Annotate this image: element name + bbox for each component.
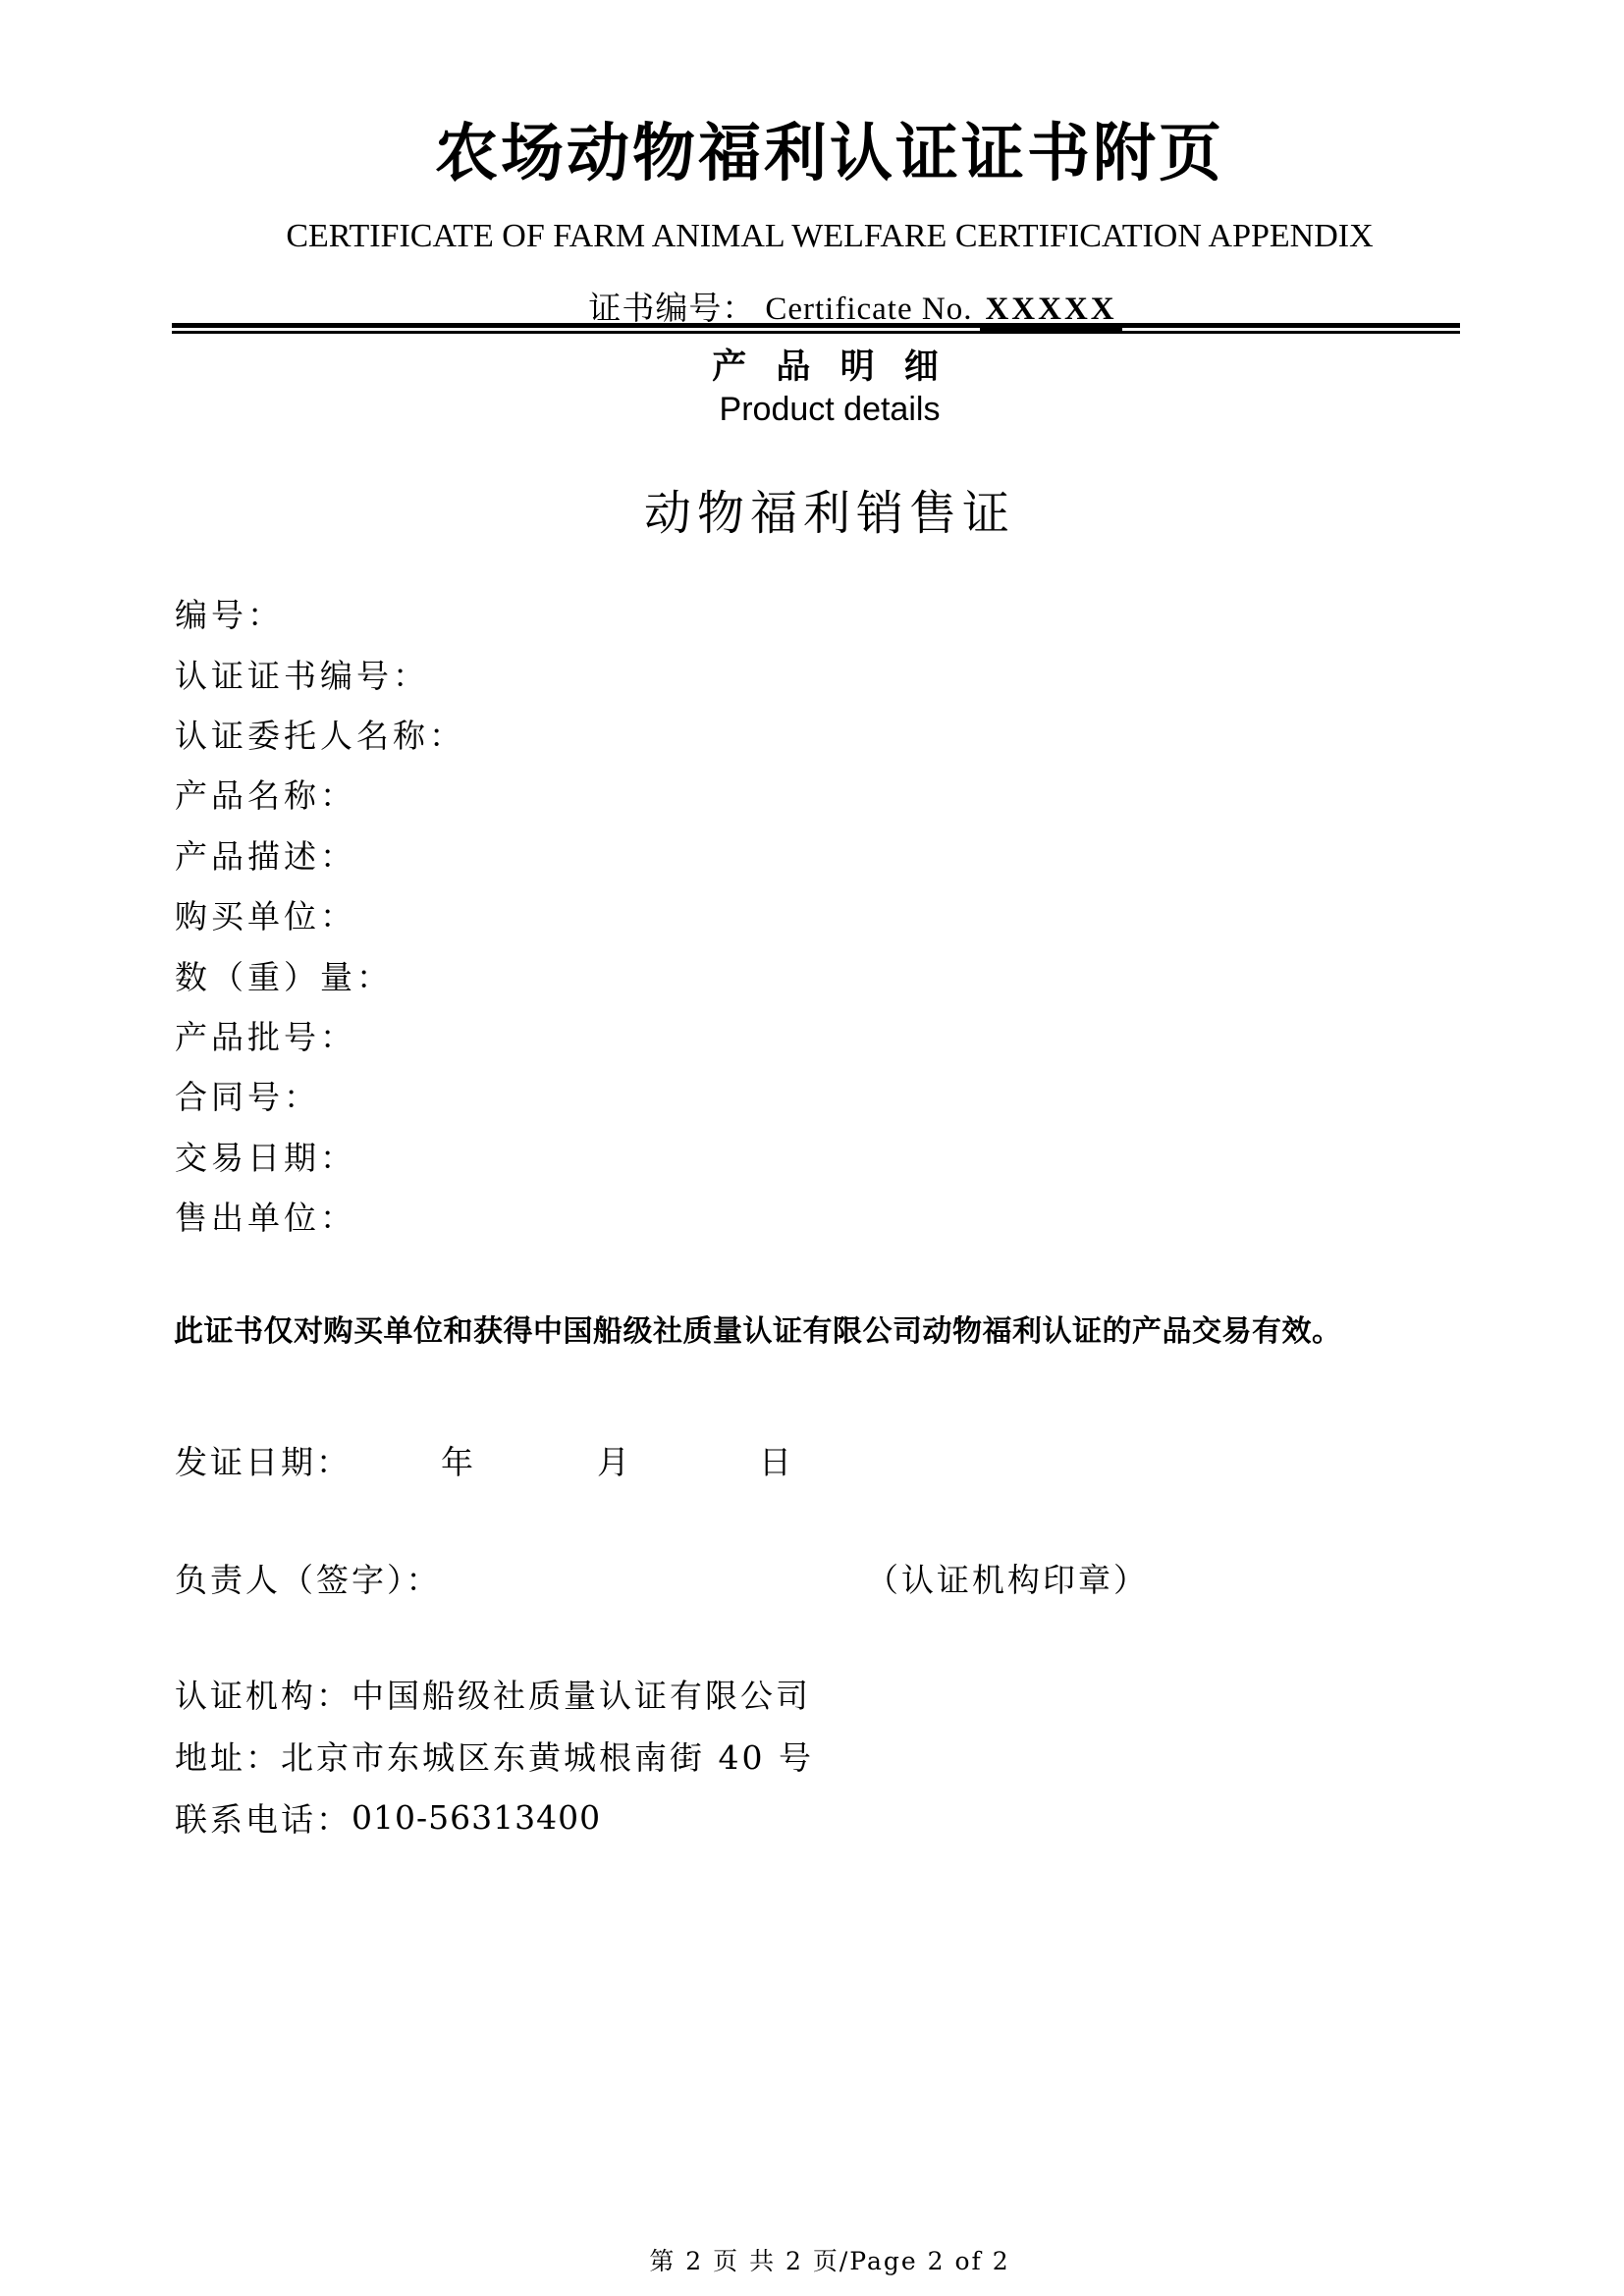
certificate-appendix-page: 农场动物福利认证证书附页 CERTIFICATE OF FARM ANIMAL … [0,0,1624,2296]
field-certification-certificate-number: 认证证书编号： [175,643,465,703]
field-buyer-unit: 购买单位： [175,884,465,944]
page-title-chinese: 农场动物福利认证证书附页 [172,118,1488,190]
phone-label: 联系电话： [175,1794,352,1841]
certification-body-line: 认证机构：中国船级社质量认证有限公司 [175,1663,814,1725]
field-product-batch-number: 产品批号： [175,1005,465,1065]
section-heading-english: Product details [172,391,1488,429]
field-quantity-weight: 数（重）量： [175,944,465,1004]
page-title-english: CERTIFICATE OF FARM ANIMAL WELFARE CERTI… [172,218,1488,255]
page-number-footer: 第 2 页 共 2 页/Page 2 of 2 [172,2242,1488,2277]
address-line: 地址：北京市东城区东黄城根南街 40 号 [175,1725,814,1787]
address-label: 地址： [175,1733,281,1779]
field-contract-number: 合同号： [175,1065,465,1125]
section-heading-chinese: 产 品 明 细 [172,340,1488,389]
field-trade-date: 交易日期： [175,1126,465,1186]
responsible-person-signature-label: 负责人（签字）： [175,1555,442,1601]
field-quantity-weight-label: 数（重）量： [175,952,393,998]
issue-date-label: 发证日期： [175,1437,352,1483]
certification-body-seal-label: （认证机构印章） [866,1555,1149,1601]
field-product-name-label: 产品名称： [175,771,356,817]
field-applicant-name: 认证委托人名称： [175,704,465,764]
certification-body-name: 中国船级社质量认证有限公司 [352,1671,811,1717]
phone-line: 联系电话：010-56313400 [175,1787,814,1848]
certificate-number-label-english: Certificate No. [765,292,972,327]
certificate-number-line: 证书编号：Certificate No.XXXXX [197,283,1513,329]
issue-date-day-unit: 日 [759,1437,794,1483]
field-number: 编号： [175,583,465,643]
field-product-batch-number-label: 产品批号： [175,1012,356,1058]
signature-line: 负责人（签字）： （认证机构印章） [175,1555,1451,1596]
validity-statement: 此证书仅对购买单位和获得中国船级社质量认证有限公司动物福利认证的产品交易有效。 [174,1313,1411,1351]
issue-date-year-unit: 年 [441,1437,476,1483]
certification-body-info: 认证机构：中国船级社质量认证有限公司 地址：北京市东城区东黄城根南街 40 号 … [175,1663,814,1848]
field-trade-date-label: 交易日期： [175,1133,356,1179]
product-detail-fields: 编号： 认证证书编号： 认证委托人名称： 产品名称： 产品描述： 购买单位： 数… [175,583,465,1246]
double-rule-divider [172,323,1460,334]
field-applicant-name-label: 认证委托人名称： [175,711,465,757]
issue-date-month-unit: 月 [597,1437,632,1483]
issue-date-line: 发证日期： 年 月 日 [175,1437,960,1478]
phone-value: 010-56313400 [352,1798,601,1837]
field-product-name: 产品名称： [175,764,465,824]
certification-body-label: 认证机构： [175,1671,352,1717]
field-seller-unit-label: 售出单位： [175,1193,356,1239]
field-product-description-label: 产品描述： [175,831,356,878]
document-subtitle: 动物福利销售证 [172,475,1488,543]
field-seller-unit: 售出单位： [175,1186,465,1246]
address-value: 北京市东城区东黄城根南街 40 号 [281,1733,814,1779]
field-contract-number-label: 合同号： [175,1072,320,1118]
field-number-label: 编号： [175,590,284,636]
certificate-number-label-chinese: 证书编号： [588,289,755,327]
field-buyer-unit-label: 购买单位： [175,891,356,937]
field-certification-certificate-number-label: 认证证书编号： [175,651,429,697]
field-product-description: 产品描述： [175,825,465,884]
